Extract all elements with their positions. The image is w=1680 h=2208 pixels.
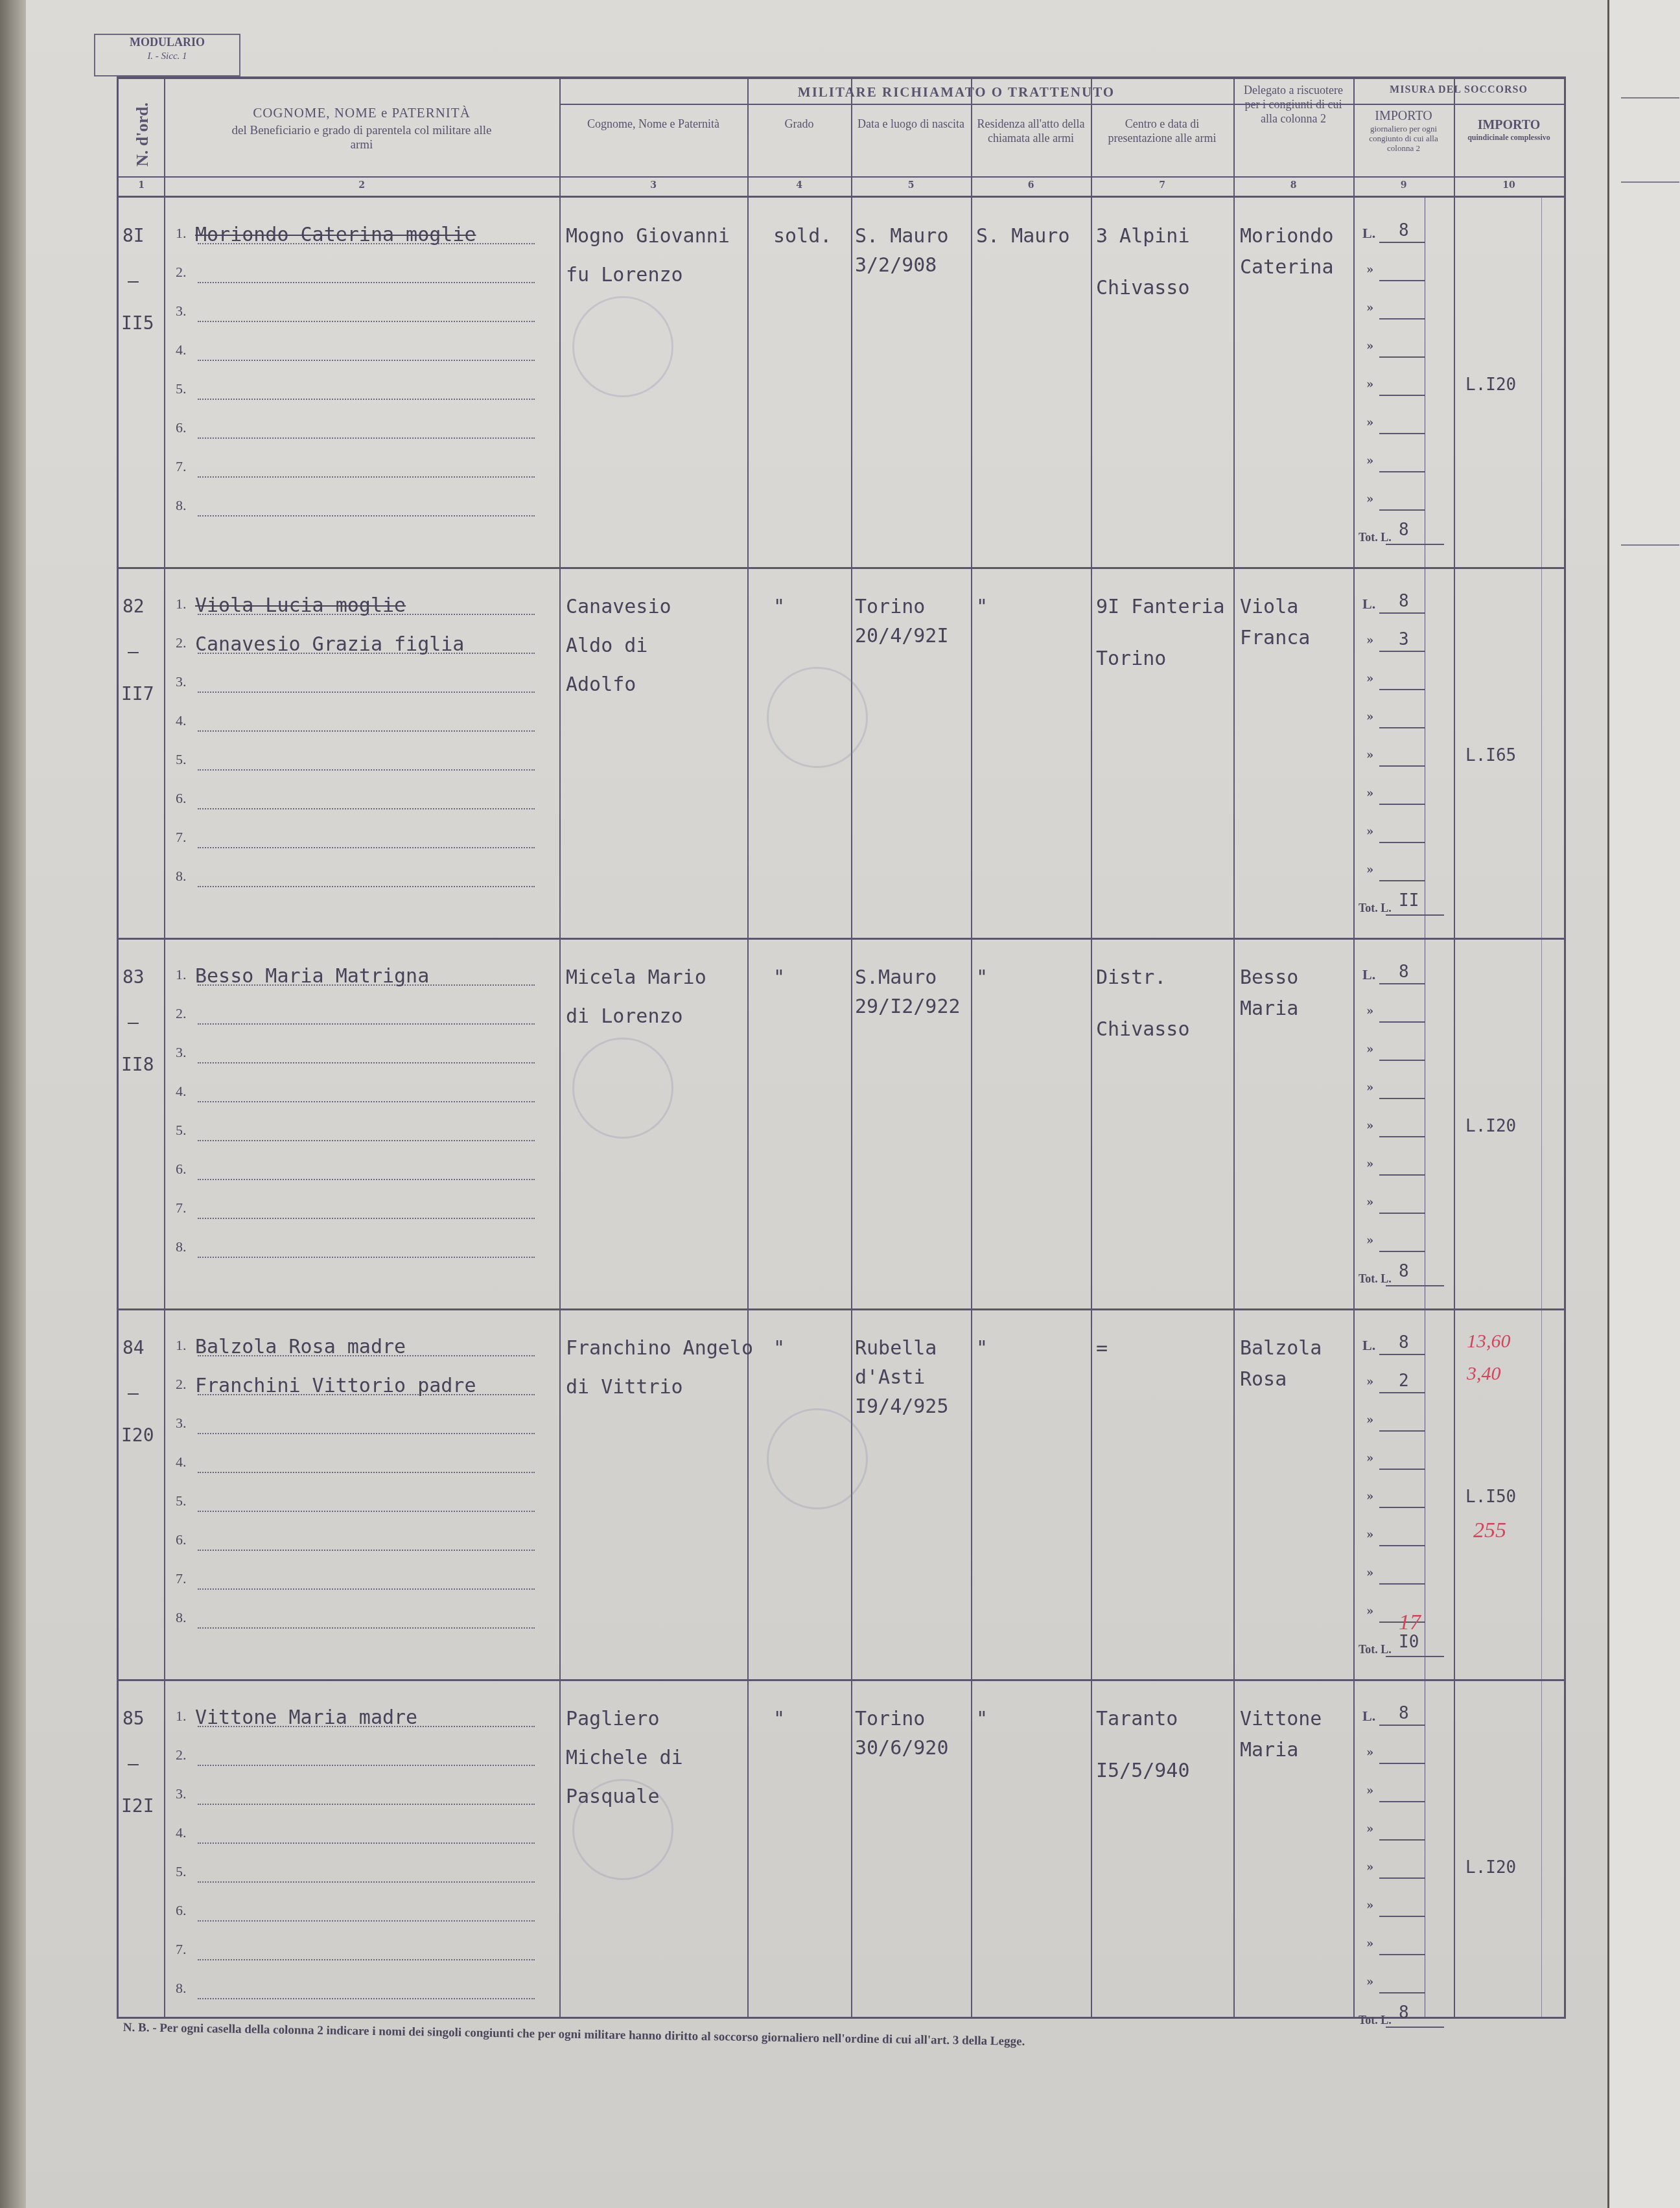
ditto-mark: »: [1366, 1005, 1373, 1018]
col-military-name-header: Cognome, Nome e Paternità: [563, 117, 743, 131]
amount-line: [1379, 1392, 1425, 1393]
ditto-mark: »: [1366, 1975, 1373, 1989]
presentation-center: 9I Fanteria: [1096, 596, 1225, 618]
column-rule: [971, 79, 972, 2017]
amount-line: [1379, 612, 1425, 614]
birth-date-place: Torino: [855, 596, 925, 618]
daily-total: I0: [1399, 1633, 1419, 1652]
beneficiary-line-number: 7.: [176, 1200, 187, 1216]
amount-line: [1379, 842, 1425, 843]
ditto-mark: »: [1366, 1413, 1373, 1427]
amount-line: [1379, 1877, 1425, 1879]
beneficiary-line-number: 3.: [176, 1415, 187, 1432]
beneficiary-line-number: 5.: [176, 380, 187, 397]
column-number: 6: [971, 180, 1091, 191]
beneficiary-line: [198, 1062, 535, 1063]
ditto-mark: »: [1366, 1899, 1373, 1912]
currency-prefix: L.: [1362, 596, 1375, 612]
beneficiary-entry: Moriondo Caterina moglie: [195, 224, 476, 246]
header-rule: [119, 196, 1564, 198]
daily-amount: 3: [1399, 630, 1409, 649]
handwritten-correction-biweekly: 255: [1473, 1518, 1506, 1543]
beneficiary-line-number: 8.: [176, 497, 187, 514]
beneficiary-line-number: 3.: [176, 673, 187, 690]
beneficiary-line-number: 5.: [176, 1493, 187, 1509]
beneficiary-line-number: 3.: [176, 303, 187, 320]
column-number: 4: [747, 180, 851, 191]
residence: ": [976, 1337, 988, 1360]
beneficiary-line: [198, 1765, 535, 1766]
beneficiary-line-number: 7.: [176, 1570, 187, 1587]
beneficiary-line: [198, 476, 535, 478]
beneficiary-entry: Balzola Rosa madre: [195, 1336, 406, 1358]
amount-line: [1379, 651, 1425, 652]
beneficiary-line-number: 8.: [176, 1980, 187, 1997]
amount-line: [1379, 1213, 1425, 1214]
beneficiary-entry: Besso Maria Matrigna: [195, 965, 429, 988]
col-residence-header: Residenza all'atto della chiamata alle a…: [975, 117, 1087, 145]
ditto-mark: »: [1366, 1566, 1373, 1580]
amount-line: [1379, 727, 1425, 728]
col-ord-header: N. d'ord.: [133, 102, 152, 167]
faint-seal-imprint: [572, 1038, 673, 1139]
column-number: 9: [1353, 180, 1454, 191]
group-rule: [1353, 104, 1564, 105]
military-name: Mogno Giovanni: [566, 225, 730, 248]
amount-line: [1379, 1545, 1425, 1546]
beneficiary-line-number: 3.: [176, 1785, 187, 1802]
form-id-line1: MODULARIO: [95, 35, 239, 49]
beneficiary-line: [198, 886, 535, 887]
beneficiary-line-number: 7.: [176, 458, 187, 475]
header-rule: [119, 176, 1564, 178]
total-line: [1386, 1656, 1444, 1657]
amount-line: [1379, 1916, 1425, 1917]
birth-date-place: S.Mauro: [855, 966, 937, 989]
faint-seal-imprint: [767, 667, 868, 768]
beneficiary-line: [198, 1627, 535, 1629]
column-rule: [559, 79, 561, 2017]
amount-line: [1379, 1839, 1425, 1841]
amount-line: [1379, 1583, 1425, 1585]
form-id-line2: I. - Sicc. 1: [95, 49, 239, 64]
daily-amount: 8: [1399, 1704, 1409, 1723]
beneficiary-line: [198, 282, 535, 283]
daily-amount: 8: [1399, 962, 1409, 982]
beneficiary-line-number: 8.: [176, 1609, 187, 1626]
amount-line: [1379, 765, 1425, 767]
amount-line: [1379, 1098, 1425, 1099]
record-rule: [119, 1679, 1564, 1681]
beneficiary-line: [198, 847, 535, 848]
birth-date-place: 29/I2/922: [855, 995, 961, 1018]
ditto-mark: »: [1366, 1528, 1373, 1542]
group-military-header: MILITARE RICHIAMATO O TRATTENUTO: [559, 84, 1353, 100]
beneficiary-line: [198, 769, 535, 771]
column-number: 10: [1454, 180, 1564, 191]
book-binding-edge: [0, 0, 26, 2208]
record-ord-dash: –: [128, 641, 139, 662]
beneficiary-line-number: 6.: [176, 1902, 187, 1919]
cents-rule: [1541, 196, 1542, 2017]
amount-line: [1379, 1992, 1425, 1993]
delegate-name: Besso: [1240, 966, 1298, 989]
total-label: Tot. L.: [1359, 1272, 1392, 1286]
beneficiary-line-number: 5.: [176, 751, 187, 768]
currency-prefix: L.: [1362, 225, 1375, 242]
form-id-box: MODULARIO I. - Sicc. 1: [94, 34, 240, 76]
beneficiary-line: [198, 1511, 535, 1512]
faint-seal-imprint: [572, 296, 673, 397]
military-name: fu Lorenzo: [566, 264, 683, 286]
amount-line: [1379, 1763, 1425, 1764]
beneficiary-line-number: 4.: [176, 1083, 187, 1100]
register-table: N. d'ord.COGNOME, NOME e PATERNITÀdel Be…: [117, 76, 1566, 2019]
military-name: Adolfo: [566, 673, 636, 696]
beneficiary-entry: Vittone Maria madre: [195, 1706, 417, 1729]
birth-date-place: I9/4/925: [855, 1395, 949, 1418]
amount-line: [1379, 1469, 1425, 1470]
delegate-name: Maria: [1240, 997, 1298, 1020]
delegate-name: Balzola: [1240, 1337, 1322, 1360]
group-rule: [559, 104, 1353, 105]
col-grade-header: Grado: [751, 117, 847, 131]
military-grade: ": [773, 1708, 785, 1730]
currency-prefix: L.: [1362, 966, 1375, 983]
birth-date-place: 30/6/920: [855, 1737, 949, 1760]
col-center-header: Centro e data di presentazione alle armi: [1095, 117, 1230, 145]
beneficiary-line-number: 2.: [176, 1005, 187, 1022]
biweekly-amount: L.I20: [1465, 1117, 1516, 1136]
ditto-mark: »: [1366, 863, 1373, 877]
record-ord-number: 82: [122, 596, 145, 617]
handwritten-correction-total: 17: [1399, 1610, 1421, 1635]
delegate-name: Rosa: [1240, 1368, 1287, 1391]
ditto-mark: »: [1366, 1119, 1373, 1133]
ditto-mark: »: [1366, 710, 1373, 724]
group-misura-header: MISURA DEL SOCCORSO: [1353, 84, 1564, 96]
beneficiary-line-number: 2.: [176, 1376, 187, 1393]
daily-amount: 8: [1399, 1333, 1409, 1353]
beneficiary-line-number: 2.: [176, 634, 187, 651]
total-line: [1386, 2027, 1444, 2028]
beneficiary-entry: Viola Lucia moglie: [195, 594, 406, 617]
beneficiary-line-number: 3.: [176, 1044, 187, 1061]
ditto-mark: »: [1366, 1746, 1373, 1760]
amount-line: [1379, 280, 1425, 281]
beneficiary-line-number: 2.: [176, 264, 187, 281]
amount-line: [1379, 318, 1425, 320]
beneficiary-entry: Canavesio Grazia figlia: [195, 633, 464, 656]
beneficiary-entry: Franchini Vittorio padre: [195, 1375, 476, 1397]
military-grade: ": [773, 1337, 785, 1360]
presentation-center: Chivasso: [1096, 277, 1190, 299]
record-rule: [119, 1308, 1564, 1310]
col-beneficiary-header: COGNOME, NOME e PATERNITÀdel Beneficiari…: [164, 105, 559, 155]
daily-amount: 8: [1399, 221, 1409, 240]
amount-line: [1379, 1021, 1425, 1023]
record-ord-number-2: I2I: [121, 1795, 154, 1817]
beneficiary-line-number: 8.: [176, 1238, 187, 1255]
beneficiary-line: [198, 1433, 535, 1434]
column-number: 7: [1091, 180, 1233, 191]
amount-line: [1379, 356, 1425, 358]
residence: ": [976, 966, 988, 989]
delegate-name: Franca: [1240, 627, 1310, 649]
record-ord-dash: –: [128, 1012, 139, 1033]
amount-line: [1379, 1430, 1425, 1432]
residence: S. Mauro: [976, 225, 1070, 248]
delegate-name: Moriondo: [1240, 225, 1334, 248]
military-grade: ": [773, 596, 785, 618]
delegate-name: Caterina: [1240, 256, 1334, 279]
record-ord-number-2: I20: [121, 1424, 154, 1446]
ditto-mark: »: [1366, 378, 1373, 391]
delegate-name: Viola: [1240, 596, 1298, 618]
military-grade: ": [773, 966, 785, 989]
beneficiary-line: [198, 399, 535, 400]
record-ord-number: 85: [122, 1708, 145, 1729]
beneficiary-line-number: 4.: [176, 342, 187, 358]
daily-amount: 8: [1399, 592, 1409, 611]
ditto-mark: »: [1366, 1937, 1373, 1951]
col-birth-header: Data e luogo di nascita: [855, 117, 967, 131]
biweekly-amount: L.I50: [1465, 1487, 1516, 1507]
beneficiary-line: [198, 1881, 535, 1883]
military-name: Franchino Angelo: [566, 1337, 753, 1360]
birth-date-place: 3/2/908: [855, 254, 937, 277]
ditto-mark: »: [1366, 672, 1373, 686]
beneficiary-line-number: 2.: [176, 1747, 187, 1763]
ditto-mark: »: [1366, 1605, 1373, 1618]
record-ord-dash: –: [128, 1753, 139, 1774]
total-label: Tot. L.: [1359, 2014, 1392, 2027]
ditto-mark: »: [1366, 749, 1373, 762]
ditto-mark: »: [1366, 1375, 1373, 1389]
beneficiary-line: [198, 730, 535, 732]
beneficiary-line: [198, 1257, 535, 1258]
beneficiary-line: [198, 1140, 535, 1141]
record-ord-dash: –: [128, 1382, 139, 1404]
amount-line: [1379, 242, 1425, 243]
beneficiary-line: [198, 321, 535, 322]
beneficiary-line: [198, 1472, 535, 1473]
amount-line: [1379, 1801, 1425, 1802]
military-name: di Vittrio: [566, 1376, 683, 1399]
record-ord-number: 83: [122, 966, 145, 988]
amount-line: [1379, 1174, 1425, 1176]
beneficiary-line-number: 4.: [176, 1824, 187, 1841]
daily-total: II: [1399, 891, 1419, 911]
column-number: 2: [164, 180, 559, 191]
military-name: Canavesio: [566, 596, 671, 618]
column-rule: [1353, 79, 1355, 2017]
beneficiary-line: [198, 1588, 535, 1590]
record-ord-number-2: II7: [121, 683, 154, 704]
birth-date-place: Rubella: [855, 1337, 937, 1360]
amount-line: [1379, 1725, 1425, 1726]
amount-line: [1379, 433, 1425, 434]
currency-prefix: L.: [1362, 1708, 1375, 1725]
column-rule: [164, 79, 165, 2017]
presentation-center: Torino: [1096, 647, 1166, 670]
faint-seal-imprint: [767, 1408, 868, 1509]
presentation-center: =: [1096, 1337, 1108, 1360]
total-line: [1386, 914, 1444, 916]
military-name: Aldo di: [566, 634, 647, 657]
military-name: Pasquale: [566, 1785, 660, 1808]
ditto-mark: »: [1366, 1043, 1373, 1056]
beneficiary-line: [198, 1842, 535, 1844]
beneficiary-line: [198, 1550, 535, 1551]
column-rule: [1091, 79, 1092, 2017]
total-label: Tot. L.: [1359, 901, 1392, 915]
ditto-mark: »: [1366, 454, 1373, 468]
daily-total: 8: [1399, 520, 1409, 540]
beneficiary-line: [198, 1920, 535, 1922]
column-number: 1: [119, 180, 164, 191]
record-rule: [119, 938, 1564, 940]
beneficiary-line-number: 8.: [176, 868, 187, 885]
amount-line: [1379, 509, 1425, 511]
residence: ": [976, 1708, 988, 1730]
beneficiary-line-number: 7.: [176, 829, 187, 846]
cents-rule: [1425, 196, 1425, 2017]
amount-line: [1379, 689, 1425, 690]
record-ord-number-2: II5: [121, 312, 154, 334]
military-grade: sold.: [773, 225, 832, 248]
ditto-mark: »: [1366, 1822, 1373, 1836]
biweekly-amount: L.I20: [1465, 1858, 1516, 1877]
presentation-center: Distr.: [1096, 966, 1166, 989]
total-line: [1386, 1285, 1444, 1286]
handwritten-correction-daily: 13,60: [1467, 1331, 1511, 1353]
adjacent-page: [1607, 0, 1680, 2208]
delegate-name: Vittone: [1240, 1708, 1322, 1730]
beneficiary-line-number: 5.: [176, 1122, 187, 1139]
beneficiary-line: [198, 360, 535, 361]
daily-total: 8: [1399, 2003, 1409, 2023]
beneficiary-line: [198, 1218, 535, 1219]
beneficiary-line-number: 4.: [176, 712, 187, 729]
column-rule: [747, 79, 749, 2017]
beneficiary-line: [198, 437, 535, 439]
daily-total: 8: [1399, 1262, 1409, 1281]
ditto-mark: »: [1366, 1157, 1373, 1171]
record-ord-number: 8I: [122, 225, 145, 246]
beneficiary-line-number: 6.: [176, 419, 187, 436]
amount-line: [1379, 1354, 1425, 1355]
military-name: di Lorenzo: [566, 1005, 683, 1028]
biweekly-amount: L.I20: [1465, 375, 1516, 395]
ditto-mark: »: [1366, 263, 1373, 277]
beneficiary-line-number: 1.: [176, 225, 187, 242]
amount-line: [1379, 1251, 1425, 1252]
amount-line: [1379, 1507, 1425, 1508]
col-biweekly-amount-header: IMPORTOquindicinale complessivo: [1456, 118, 1561, 143]
ditto-mark: »: [1366, 634, 1373, 647]
birth-date-place: 20/4/92I: [855, 625, 949, 647]
ditto-mark: »: [1366, 1490, 1373, 1504]
beneficiary-line-number: 6.: [176, 1531, 187, 1548]
ditto-mark: »: [1366, 493, 1373, 506]
beneficiary-line-number: 1.: [176, 966, 187, 983]
ditto-mark: »: [1366, 1081, 1373, 1095]
column-rule: [1233, 79, 1235, 2017]
ditto-mark: »: [1366, 787, 1373, 800]
record-rule: [119, 567, 1564, 569]
presentation-center: 3 Alpini: [1096, 225, 1190, 248]
column-number: 8: [1233, 180, 1353, 191]
ditto-mark: »: [1366, 1861, 1373, 1874]
birth-date-place: d'Asti: [855, 1366, 925, 1389]
column-rule: [1454, 79, 1455, 2017]
beneficiary-line: [198, 1959, 535, 1960]
military-name: Pagliero: [566, 1708, 660, 1730]
beneficiary-line-number: 6.: [176, 790, 187, 807]
total-line: [1386, 544, 1444, 545]
beneficiary-line-number: 1.: [176, 1708, 187, 1725]
daily-amount: 2: [1399, 1371, 1409, 1391]
col-daily-amount-header: IMPORTOgiornaliero per ogni congiunto di…: [1356, 109, 1451, 153]
amount-line: [1379, 1954, 1425, 1955]
ditto-mark: »: [1366, 825, 1373, 839]
total-label: Tot. L.: [1359, 531, 1392, 544]
beneficiary-line-number: 1.: [176, 596, 187, 612]
amount-line: [1379, 804, 1425, 805]
column-number: 3: [559, 180, 747, 191]
ditto-mark: »: [1366, 1784, 1373, 1798]
col-delegate-header: Delegato a riscuotere per i congiunti di…: [1237, 83, 1349, 126]
presentation-center: I5/5/940: [1096, 1760, 1190, 1782]
beneficiary-line: [198, 1101, 535, 1102]
military-name: Micela Mario: [566, 966, 706, 989]
column-rule: [851, 79, 852, 2017]
beneficiary-line-number: 4.: [176, 1454, 187, 1470]
birth-date-place: Torino: [855, 1708, 925, 1730]
military-name: Michele di: [566, 1747, 683, 1769]
amount-line: [1379, 471, 1425, 472]
beneficiary-line: [198, 808, 535, 809]
record-ord-dash: –: [128, 270, 139, 292]
biweekly-amount: L.I65: [1465, 746, 1516, 765]
handwritten-correction-daily: 3,40: [1467, 1363, 1501, 1385]
beneficiary-line: [198, 691, 535, 693]
beneficiary-line: [198, 1179, 535, 1180]
beneficiary-line-number: 6.: [176, 1161, 187, 1178]
beneficiary-line-number: 1.: [176, 1337, 187, 1354]
ditto-mark: »: [1366, 416, 1373, 430]
ditto-mark: »: [1366, 340, 1373, 353]
column-number: 5: [851, 180, 971, 191]
beneficiary-line: [198, 1023, 535, 1025]
beneficiary-line-number: 7.: [176, 1941, 187, 1958]
beneficiary-line: [198, 1804, 535, 1805]
presentation-center: Chivasso: [1096, 1018, 1190, 1041]
total-label: Tot. L.: [1359, 1643, 1392, 1656]
presentation-center: Taranto: [1096, 1708, 1178, 1730]
amount-line: [1379, 1060, 1425, 1061]
amount-line: [1379, 1136, 1425, 1137]
birth-date-place: S. Mauro: [855, 225, 949, 248]
ditto-mark: »: [1366, 301, 1373, 315]
record-ord-number-2: II8: [121, 1054, 154, 1075]
beneficiary-line-number: 5.: [176, 1863, 187, 1880]
ditto-mark: »: [1366, 1196, 1373, 1209]
amount-line: [1379, 395, 1425, 396]
currency-prefix: L.: [1362, 1337, 1375, 1354]
amount-line: [1379, 983, 1425, 984]
